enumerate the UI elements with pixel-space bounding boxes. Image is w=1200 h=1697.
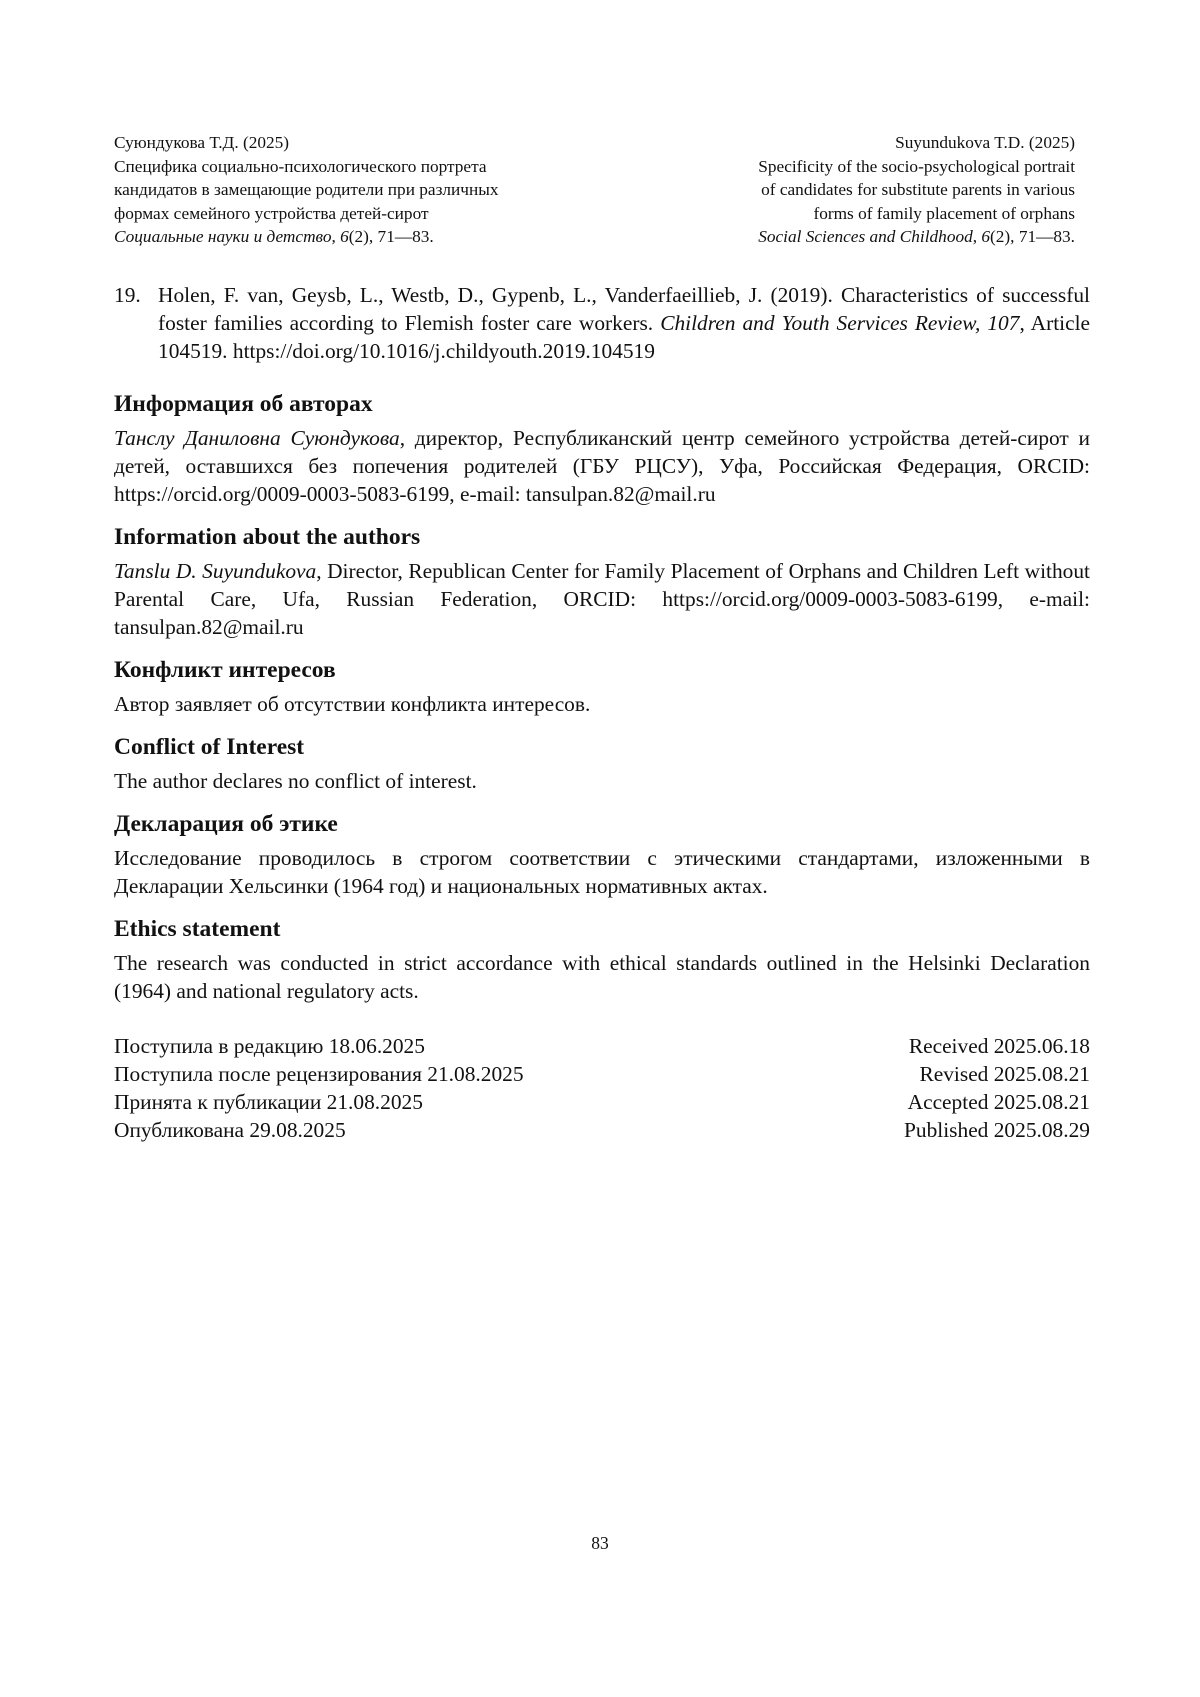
- date-en: Revised 2025.08.21: [919, 1060, 1090, 1088]
- header-title-line: Specificity of the socio-psychological p…: [758, 155, 1075, 179]
- header-citation: Суюндукова Т.Д. (2025): [114, 131, 498, 155]
- date-row-accepted: Принята к публикации 21.08.2025 Accepted…: [114, 1088, 1090, 1116]
- section-authors-en: Information about the authors Tanslu D. …: [114, 522, 1090, 641]
- header-right-english: Suyundukova T.D. (2025) Specificity of t…: [758, 131, 1075, 249]
- date-ru: Опубликована 29.08.2025: [114, 1116, 346, 1144]
- header-title-line: формах семейного устройства детей-сирот: [114, 202, 498, 226]
- section-heading: Конфликт интересов: [114, 655, 1090, 685]
- date-ru: Поступила в редакцию 18.06.2025: [114, 1032, 425, 1060]
- date-en: Accepted 2025.08.21: [908, 1088, 1090, 1116]
- section-conflict-en: Conflict of Interest The author declares…: [114, 732, 1090, 795]
- section-heading: Информация об авторах: [114, 389, 1090, 419]
- header-issue-pages: (2), 71—83.: [990, 227, 1075, 246]
- section-ethics-ru: Декларация об этике Исследование проводи…: [114, 809, 1090, 900]
- section-heading: Information about the authors: [114, 522, 1090, 552]
- section-text: The research was conducted in strict acc…: [114, 949, 1090, 1005]
- header-left-russian: Суюндукова Т.Д. (2025) Специфика социаль…: [114, 131, 498, 249]
- reference-number: 19.: [114, 281, 158, 365]
- author-info-ru: Танслу Даниловна Суюндукова, директор, Р…: [114, 424, 1090, 508]
- header-volume: 6: [340, 227, 349, 246]
- page-number: 83: [0, 1533, 1200, 1554]
- date-row-received: Поступила в редакцию 18.06.2025 Received…: [114, 1032, 1090, 1060]
- header-journal-line: Social Sciences and Childhood, 6(2), 71—…: [758, 225, 1075, 249]
- date-ru: Принята к публикации 21.08.2025: [114, 1088, 423, 1116]
- section-text: Исследование проводилось в строгом соотв…: [114, 844, 1090, 900]
- date-ru: Поступила после рецензирования 21.08.202…: [114, 1060, 524, 1088]
- section-text: The author declares no conflict of inter…: [114, 767, 1090, 795]
- author-name: Tanslu D. Suyundukova: [114, 559, 316, 583]
- author-name: Танслу Даниловна Суюндукова: [114, 426, 400, 450]
- header-title-line: кандидатов в замещающие родители при раз…: [114, 178, 498, 202]
- date-en: Published 2025.08.29: [904, 1116, 1090, 1144]
- section-authors-ru: Информация об авторах Танслу Даниловна С…: [114, 389, 1090, 508]
- header-title-line: of candidates for substitute parents in …: [758, 178, 1075, 202]
- publication-dates: Поступила в редакцию 18.06.2025 Received…: [114, 1032, 1090, 1144]
- author-info-en: Tanslu D. Suyundukova, Director, Republi…: [114, 557, 1090, 641]
- reference-text: Holen, F. van, Geysb, L., Westb, D., Gyp…: [158, 281, 1090, 365]
- section-heading: Conflict of Interest: [114, 732, 1090, 762]
- header-title-line: forms of family placement of orphans: [758, 202, 1075, 226]
- section-conflict-ru: Конфликт интересов Автор заявляет об отс…: [114, 655, 1090, 718]
- date-en: Received 2025.06.18: [909, 1032, 1090, 1060]
- reference-journal: Children and Youth Services Review, 107: [660, 311, 1019, 335]
- header-volume: 6: [981, 227, 990, 246]
- header-journal: Social Sciences and Childhood: [758, 227, 973, 246]
- header-citation: Suyundukova T.D. (2025): [758, 131, 1075, 155]
- header-journal: Социальные науки и детство: [114, 227, 331, 246]
- section-heading: Декларация об этике: [114, 809, 1090, 839]
- section-ethics-en: Ethics statement The research was conduc…: [114, 914, 1090, 1005]
- date-row-published: Опубликована 29.08.2025 Published 2025.0…: [114, 1116, 1090, 1144]
- header-title-line: Специфика социально-психологического пор…: [114, 155, 498, 179]
- date-row-revised: Поступила после рецензирования 21.08.202…: [114, 1060, 1090, 1088]
- reference-item: 19. Holen, F. van, Geysb, L., Westb, D.,…: [114, 281, 1090, 365]
- section-heading: Ethics statement: [114, 914, 1090, 944]
- page-body: 19. Holen, F. van, Geysb, L., Westb, D.,…: [114, 281, 1090, 1144]
- section-text: Автор заявляет об отсутствии конфликта и…: [114, 690, 1090, 718]
- header-issue-pages: (2), 71—83.: [349, 227, 434, 246]
- header-journal-line: Социальные науки и детство, 6(2), 71—83.: [114, 225, 498, 249]
